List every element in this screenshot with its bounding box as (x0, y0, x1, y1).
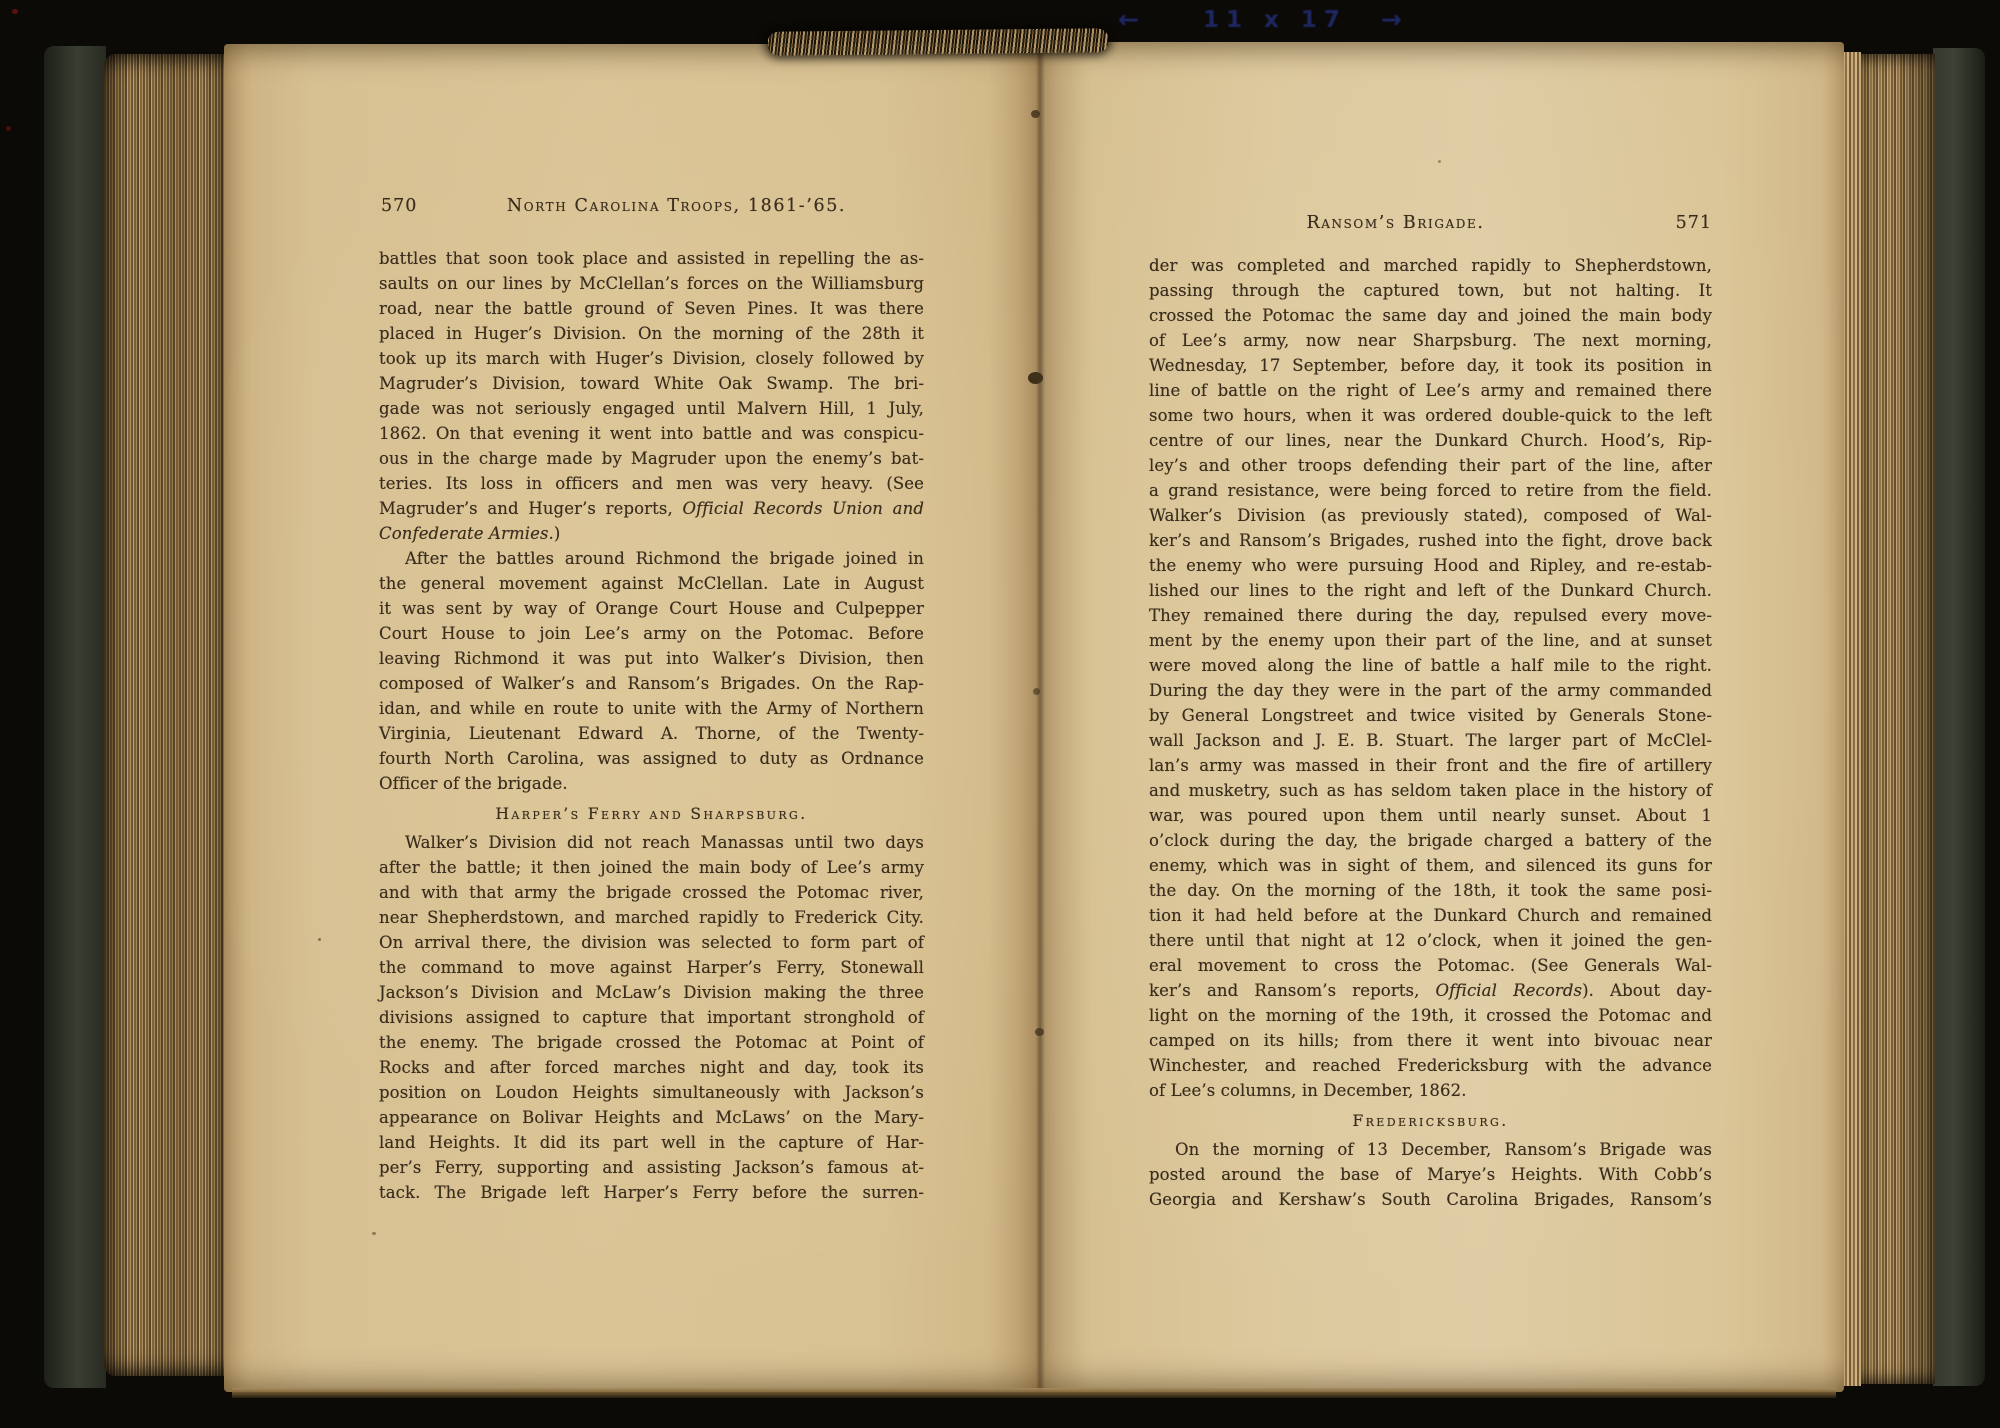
text-line: position on Loudon Heights simultaneousl… (379, 1080, 924, 1105)
dust-speck (12, 9, 18, 14)
text-segment: Walker’s Division (as previously stated)… (1149, 506, 1712, 525)
text-segment: lished our lines to the right and left o… (1149, 581, 1712, 600)
text-line: Wednesday, 17 September, before day, it … (1149, 353, 1712, 378)
text-segment: posted around the base of Marye’s Height… (1149, 1165, 1712, 1184)
text-line: land Heights. It did its part well in th… (379, 1130, 924, 1155)
scanned-book-photo: ← 11 x 17 → 570 North Carolina Troops, 1… (0, 0, 2000, 1428)
text-segment: Georgia and Kershaw’s South Carolina Bri… (1149, 1190, 1712, 1209)
dust-speck (6, 126, 11, 131)
text-line: Georgia and Kershaw’s South Carolina Bri… (1149, 1187, 1712, 1212)
text-segment: ley’s and other troops defending their p… (1149, 456, 1712, 475)
text-line: took up its march with Huger’s Division,… (379, 346, 924, 371)
scanner-ruler-annotation: ← 11 x 17 → (1118, 5, 1402, 34)
text-line: fourth North Carolina, was assigned to d… (379, 746, 924, 771)
text-line: road, near the battle ground of Seven Pi… (379, 296, 924, 321)
text-line: centre of our lines, near the Dunkard Ch… (1149, 428, 1712, 453)
text-segment: Jackson’s Division and McLaw’s Division … (379, 983, 924, 1002)
italic-text-segment: Official Records (1436, 981, 1583, 1000)
text-segment: o’clock during the day, the brigade char… (1149, 831, 1712, 850)
text-segment: line of battle on the right of Lee’s arm… (1149, 381, 1712, 400)
text-line: Rocks and after forced marches night and… (379, 1055, 924, 1080)
text-line: Walker’s Division did not reach Manassas… (379, 830, 924, 855)
section-heading: Harper’s Ferry and Sharpsburg. (379, 802, 924, 827)
text-segment: there until that night at 12 o’clock, wh… (1149, 931, 1712, 950)
text-segment: ment by the enemy upon their part of the… (1149, 631, 1712, 650)
text-segment: position on Loudon Heights simultaneousl… (379, 1083, 924, 1102)
text-segment: near Shepherdstown, and marched rapidly … (379, 908, 924, 927)
text-segment: ker’s and Ransom’s reports, (1149, 981, 1436, 1000)
text-line: On arrival there, the division was selec… (379, 930, 924, 955)
text-segment: ) (554, 524, 561, 543)
text-line: They remained there during the day, repu… (1149, 603, 1712, 628)
text-segment: road, near the battle ground of Seven Pi… (379, 299, 924, 318)
text-line: lished our lines to the right and left o… (1149, 578, 1712, 603)
text-line: ker’s and Ransom’s Brigades, rushed into… (1149, 528, 1712, 553)
text-line: of Lee’s columns, in December, 1862. (1149, 1078, 1712, 1103)
text-segment: lan’s army was massed in their front and… (1149, 756, 1712, 775)
text-line: saults on our lines by McClellan’s force… (379, 271, 924, 296)
text-line: after the battle; it then joined the mai… (379, 855, 924, 880)
left-running-header: 570 North Carolina Troops, 1861-’65. (379, 196, 924, 221)
left-running-head-title: North Carolina Troops, 1861-’65. (459, 196, 894, 216)
text-line: and with that army the brigade crossed t… (379, 880, 924, 905)
text-segment: of Lee’s columns, in December, 1862. (1149, 1081, 1467, 1100)
left-page-text: 570 North Carolina Troops, 1861-’65. bat… (379, 196, 924, 1205)
text-line: teries. Its loss in officers and men was… (379, 471, 924, 496)
text-line: Winchester, and reached Fredericksburg w… (1149, 1053, 1712, 1078)
italic-text-segment: Confederate Armies. (379, 524, 554, 543)
text-segment: Magruder’s and Huger’s reports, (379, 499, 682, 518)
text-segment: passing through the captured town, but n… (1149, 281, 1712, 300)
page-top-edge-texture (768, 28, 1108, 56)
text-line: were moved along the line of battle a ha… (1149, 653, 1712, 678)
book-gutter-shadow (988, 42, 1092, 1392)
text-line: light on the morning of the 19th, it cro… (1149, 1003, 1712, 1028)
text-segment: of Lee’s army, now near Sharpsburg. The … (1149, 331, 1712, 350)
text-segment: During the day they were in the part of … (1149, 681, 1712, 700)
text-segment: the enemy. The brigade crossed the Potom… (379, 1033, 924, 1052)
text-segment: teries. Its loss in officers and men was… (379, 474, 924, 493)
text-segment: composed of Walker’s and Ransom’s Brigad… (379, 674, 924, 693)
text-line: Walker’s Division (as previously stated)… (1149, 503, 1712, 528)
text-segment: tion it had held before at the Dunkard C… (1149, 906, 1712, 925)
paper-speck (318, 938, 321, 941)
text-segment: On the morning of 13 December, Ransom’s … (1175, 1140, 1712, 1159)
text-line: Court House to join Lee’s army on the Po… (379, 621, 924, 646)
text-line: crossed the Potomac the same day and joi… (1149, 303, 1712, 328)
text-line: idan, and while en route to unite with t… (379, 696, 924, 721)
page-edge-stack-right (1861, 54, 1935, 1384)
text-line: a grand resistance, were being forced to… (1149, 478, 1712, 503)
text-line: posted around the base of Marye’s Height… (1149, 1162, 1712, 1187)
ruler-size-label: 11 x 17 (1203, 7, 1347, 33)
text-line: Jackson’s Division and McLaw’s Division … (379, 980, 924, 1005)
text-segment: by General Longstreet and twice visited … (1149, 706, 1712, 725)
right-page-number: 571 (1676, 213, 1712, 233)
text-segment: Walker’s Division did not reach Manassas… (405, 833, 924, 852)
text-line: placed in Huger’s Division. On the morni… (379, 321, 924, 346)
text-line: divisions assigned to capture that impor… (379, 1005, 924, 1030)
text-segment: were moved along the line of battle a ha… (1149, 656, 1712, 675)
text-segment: idan, and while en route to unite with t… (379, 699, 924, 718)
text-line: Confederate Armies.) (379, 521, 924, 546)
left-arrow-icon: ← (1118, 5, 1139, 34)
text-segment: leaving Richmond it was put into Walker’… (379, 649, 924, 668)
text-segment: camped on its hills; from there it went … (1149, 1031, 1712, 1050)
text-segment: divisions assigned to capture that impor… (379, 1008, 924, 1027)
binding-stitch (1033, 688, 1040, 695)
left-page-number: 570 (381, 196, 417, 216)
text-line: the enemy. The brigade crossed the Potom… (379, 1030, 924, 1055)
text-segment: Wednesday, 17 September, before day, it … (1149, 356, 1712, 375)
text-line: composed of Walker’s and Ransom’s Brigad… (379, 671, 924, 696)
text-segment: appearance on Bolivar Heights and McLaws… (379, 1108, 924, 1127)
text-segment: the general movement against McClellan. … (379, 574, 924, 593)
right-page-text: Ransom’s Brigade. 571 der was completed … (1149, 213, 1712, 1212)
text-line: it was sent by way of Orange Court House… (379, 596, 924, 621)
text-segment: ker’s and Ransom’s Brigades, rushed into… (1149, 531, 1712, 550)
text-line: On the morning of 13 December, Ransom’s … (1149, 1137, 1712, 1162)
paper-speck (372, 1232, 376, 1235)
binding-stitch (1031, 110, 1040, 118)
text-line: o’clock during the day, the brigade char… (1149, 828, 1712, 853)
text-line: Magruder’s and Huger’s reports, Official… (379, 496, 924, 521)
text-segment: land Heights. It did its part well in th… (379, 1133, 924, 1152)
text-line: passing through the captured town, but n… (1149, 278, 1712, 303)
text-line: appearance on Bolivar Heights and McLaws… (379, 1105, 924, 1130)
text-line: the enemy who were pursuing Hood and Rip… (1149, 553, 1712, 578)
text-line: tack. The Brigade left Harper’s Ferry be… (379, 1180, 924, 1205)
book-cover-right (1933, 48, 1985, 1386)
text-segment: and musketry, such as has seldom taken p… (1149, 781, 1712, 800)
text-segment: After the battles around Richmond the br… (405, 549, 924, 568)
text-segment: it was sent by way of Orange Court House… (379, 599, 924, 618)
text-line: tion it had held before at the Dunkard C… (1149, 903, 1712, 928)
page-edge-lines-right (1843, 52, 1861, 1386)
text-segment: der was completed and marched rapidly to… (1149, 256, 1712, 275)
text-segment: a grand resistance, were being forced to… (1149, 481, 1712, 500)
text-segment: ). About day- (1582, 981, 1712, 1000)
text-line: enemy, which was in sight of them, and s… (1149, 853, 1712, 878)
text-line: eral movement to cross the Potomac. (See… (1149, 953, 1712, 978)
text-line: lan’s army was massed in their front and… (1149, 753, 1712, 778)
left-page-body: battles that soon took place and assiste… (379, 246, 924, 1205)
text-line: the day. On the morning of the 18th, it … (1149, 878, 1712, 903)
text-segment: saults on our lines by McClellan’s force… (379, 274, 924, 293)
text-segment: war, was poured upon them until nearly s… (1149, 806, 1712, 825)
text-line: ley’s and other troops defending their p… (1149, 453, 1712, 478)
page-bottom-edge (232, 1388, 1836, 1398)
text-segment: the day. On the morning of the 18th, it … (1149, 881, 1712, 900)
book-cover-left (44, 46, 106, 1388)
text-segment: gade was not seriously engaged until Mal… (379, 399, 924, 418)
text-segment: 1862. On that evening it went into battl… (379, 424, 924, 443)
text-line: der was completed and marched rapidly to… (1149, 253, 1712, 278)
section-heading: Fredericksburg. (1149, 1109, 1712, 1134)
text-line: battles that soon took place and assiste… (379, 246, 924, 271)
text-line: During the day they were in the part of … (1149, 678, 1712, 703)
text-segment: and with that army the brigade crossed t… (379, 883, 924, 902)
text-segment: enemy, which was in sight of them, and s… (1149, 856, 1712, 875)
text-line: the general movement against McClellan. … (379, 571, 924, 596)
text-line: Officer of the brigade. (379, 771, 924, 796)
page-edge-stack-left (104, 54, 226, 1376)
text-line: of Lee’s army, now near Sharpsburg. The … (1149, 328, 1712, 353)
text-segment: crossed the Potomac the same day and joi… (1149, 306, 1712, 325)
text-line: Virginia, Lieutenant Edward A. Thorne, o… (379, 721, 924, 746)
paper-speck (1438, 160, 1441, 163)
text-segment: placed in Huger’s Division. On the morni… (379, 324, 924, 343)
text-line: per’s Ferry, supporting and assisting Ja… (379, 1155, 924, 1180)
text-line: ment by the enemy upon their part of the… (1149, 628, 1712, 653)
text-segment: ous in the charge made by Magruder upon … (379, 449, 924, 468)
text-line: Magruder’s Division, toward White Oak Sw… (379, 371, 924, 396)
text-line: camped on its hills; from there it went … (1149, 1028, 1712, 1053)
text-segment: battles that soon took place and assiste… (379, 249, 924, 268)
text-segment: eral movement to cross the Potomac. (See… (1149, 956, 1712, 975)
binding-stitch (1035, 1028, 1044, 1036)
text-line: wall Jackson and J. E. B. Stuart. The la… (1149, 728, 1712, 753)
right-running-header: Ransom’s Brigade. 571 (1149, 213, 1712, 238)
text-segment: the command to move against Harper’s Fer… (379, 958, 924, 977)
text-segment: per’s Ferry, supporting and assisting Ja… (379, 1158, 924, 1177)
text-segment: Rocks and after forced marches night and… (379, 1058, 924, 1077)
text-line: near Shepherdstown, and marched rapidly … (379, 905, 924, 930)
text-line: gade was not seriously engaged until Mal… (379, 396, 924, 421)
text-line: by General Longstreet and twice visited … (1149, 703, 1712, 728)
text-line: and musketry, such as has seldom taken p… (1149, 778, 1712, 803)
right-running-head-title: Ransom’s Brigade. (1149, 213, 1642, 233)
text-line: ker’s and Ransom’s reports, Official Rec… (1149, 978, 1712, 1003)
text-line: war, was poured upon them until nearly s… (1149, 803, 1712, 828)
right-arrow-icon: → (1381, 5, 1402, 34)
text-line: some two hours, when it was ordered doub… (1149, 403, 1712, 428)
text-segment: They remained there during the day, repu… (1149, 606, 1712, 625)
text-segment: fourth North Carolina, was assigned to d… (379, 749, 924, 768)
text-segment: centre of our lines, near the Dunkard Ch… (1149, 431, 1712, 450)
text-line: 1862. On that evening it went into battl… (379, 421, 924, 446)
text-segment: took up its march with Huger’s Division,… (379, 349, 924, 368)
text-segment: Officer of the brigade. (379, 774, 568, 793)
text-segment: On arrival there, the division was selec… (379, 933, 924, 952)
text-segment: Court House to join Lee’s army on the Po… (379, 624, 924, 643)
text-line: there until that night at 12 o’clock, wh… (1149, 928, 1712, 953)
text-line: leaving Richmond it was put into Walker’… (379, 646, 924, 671)
text-segment: Winchester, and reached Fredericksburg w… (1149, 1056, 1712, 1075)
text-line: After the battles around Richmond the br… (379, 546, 924, 571)
text-segment: tack. The Brigade left Harper’s Ferry be… (379, 1183, 924, 1202)
text-segment: Magruder’s Division, toward White Oak Sw… (379, 374, 924, 393)
italic-text-segment: Official Records Union and (682, 499, 924, 518)
text-segment: Virginia, Lieutenant Edward A. Thorne, o… (379, 724, 924, 743)
text-segment: after the battle; it then joined the mai… (379, 858, 924, 877)
right-page-body: der was completed and marched rapidly to… (1149, 253, 1712, 1212)
text-segment: the enemy who were pursuing Hood and Rip… (1149, 556, 1712, 575)
binding-stitch (1028, 372, 1043, 384)
text-line: the command to move against Harper’s Fer… (379, 955, 924, 980)
text-line: line of battle on the right of Lee’s arm… (1149, 378, 1712, 403)
text-segment: light on the morning of the 19th, it cro… (1149, 1006, 1712, 1025)
text-line: ous in the charge made by Magruder upon … (379, 446, 924, 471)
text-segment: wall Jackson and J. E. B. Stuart. The la… (1149, 731, 1712, 750)
text-segment: some two hours, when it was ordered doub… (1149, 406, 1712, 425)
